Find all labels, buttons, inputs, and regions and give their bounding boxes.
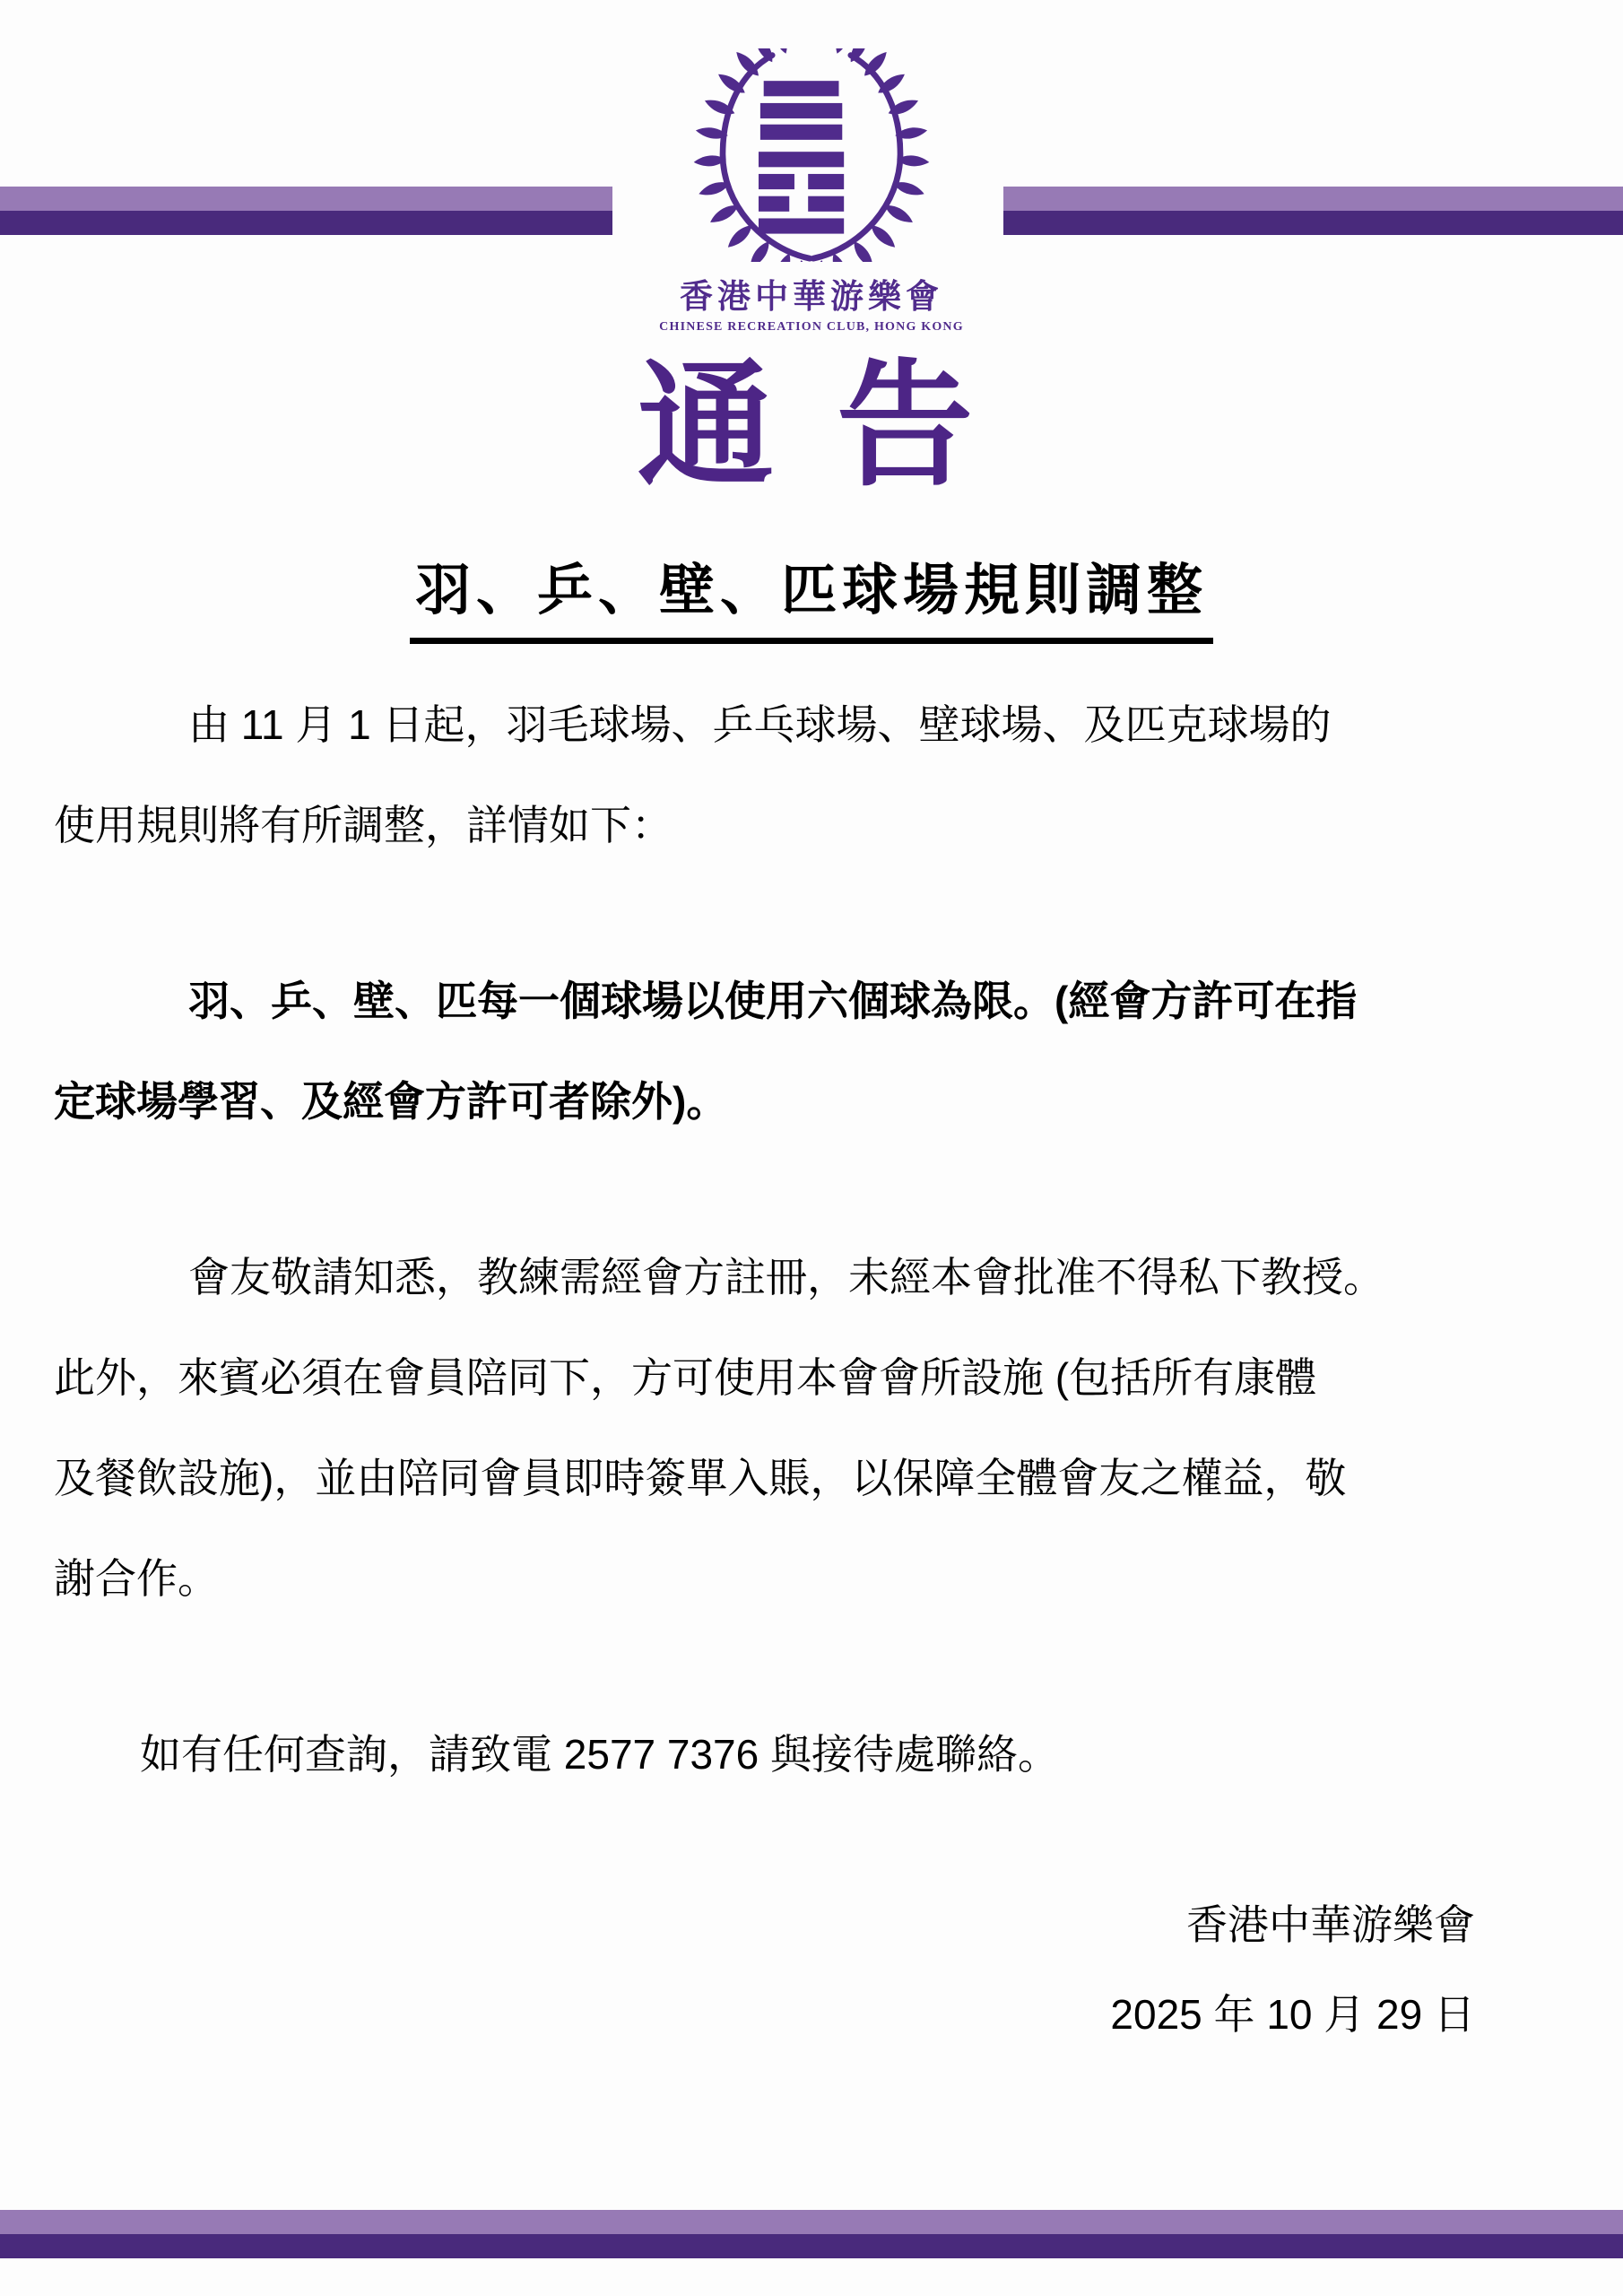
signature-club-name: 香港中華游樂會 <box>54 1880 1475 1970</box>
bottom-accent-bar <box>0 2210 1623 2258</box>
notice-body: 由 11 月 1 日起，羽毛球場、乒乓球場、壁球場、及匹克球場的 使用規則將有所… <box>54 674 1571 2059</box>
signature-date: 2025 年 10 月 29 日 <box>54 1970 1475 2059</box>
emblem-bars <box>759 81 844 233</box>
notice-line: 由 11 月 1 日起，羽毛球場、乒乓球場、壁球場、及匹克球場的 <box>54 674 1571 775</box>
notice-line: 謝合作。 <box>54 1528 1571 1629</box>
club-logo: 香港中華游樂會 CHINESE RECREATION CLUB, HONG KO… <box>0 48 1623 335</box>
paragraph-intro: 由 11 月 1 日起，羽毛球場、乒乓球場、壁球場、及匹克球場的 使用規則將有所… <box>54 674 1571 875</box>
notice-page: 香港中華游樂會 CHINESE RECREATION CLUB, HONG KO… <box>0 0 1623 2296</box>
paragraph-reminder: 會友敬請知悉，教練需經會方註冊，未經本會批准不得私下教授。 此外，來賓必須在會員… <box>54 1227 1571 1629</box>
notice-line: 羽、乒、壁、匹每一個球場以使用六個球為限。(經會方許可在指 <box>54 951 1571 1051</box>
notice-line: 會友敬請知悉，教練需經會方註冊，未經本會批准不得私下教授。 <box>54 1227 1571 1327</box>
club-name-chinese: 香港中華游樂會 <box>0 269 1623 317</box>
laurel-wreath-emblem-icon <box>683 48 940 262</box>
notice-title-row: 羽、乒、壁、匹球場規則調整 <box>0 545 1623 644</box>
notice-title: 羽、乒、壁、匹球場規則調整 <box>410 545 1213 644</box>
notice-line: 定球場學習、及經會方許可者除外)。 <box>54 1051 1571 1152</box>
notice-line: 此外，來賓必須在會員陪同下，方可使用本會會所設施 (包括所有康體 <box>54 1327 1571 1428</box>
notice-heading: 通 告 <box>0 352 1623 501</box>
notice-line: 使用規則將有所調整，詳情如下： <box>54 775 1571 875</box>
paragraph-rule-bold: 羽、乒、壁、匹每一個球場以使用六個球為限。(經會方許可在指 定球場學習、及經會方… <box>54 951 1571 1152</box>
notice-line: 如有任何查詢，請致電 2577 7376 與接待處聯絡。 <box>54 1704 1571 1805</box>
club-name-english: CHINESE RECREATION CLUB, HONG KONG <box>0 320 1623 335</box>
paragraph-enquiry: 如有任何查詢，請致電 2577 7376 與接待處聯絡。 <box>54 1704 1571 1805</box>
signature-block: 香港中華游樂會 2025 年 10 月 29 日 <box>54 1880 1571 2059</box>
accent-stripe-dark <box>0 2234 1623 2258</box>
accent-stripe-light <box>0 2210 1623 2234</box>
notice-line: 及餐飲設施)，並由陪同會員即時簽單入賬，以保障全體會友之權益，敬 <box>54 1428 1571 1528</box>
